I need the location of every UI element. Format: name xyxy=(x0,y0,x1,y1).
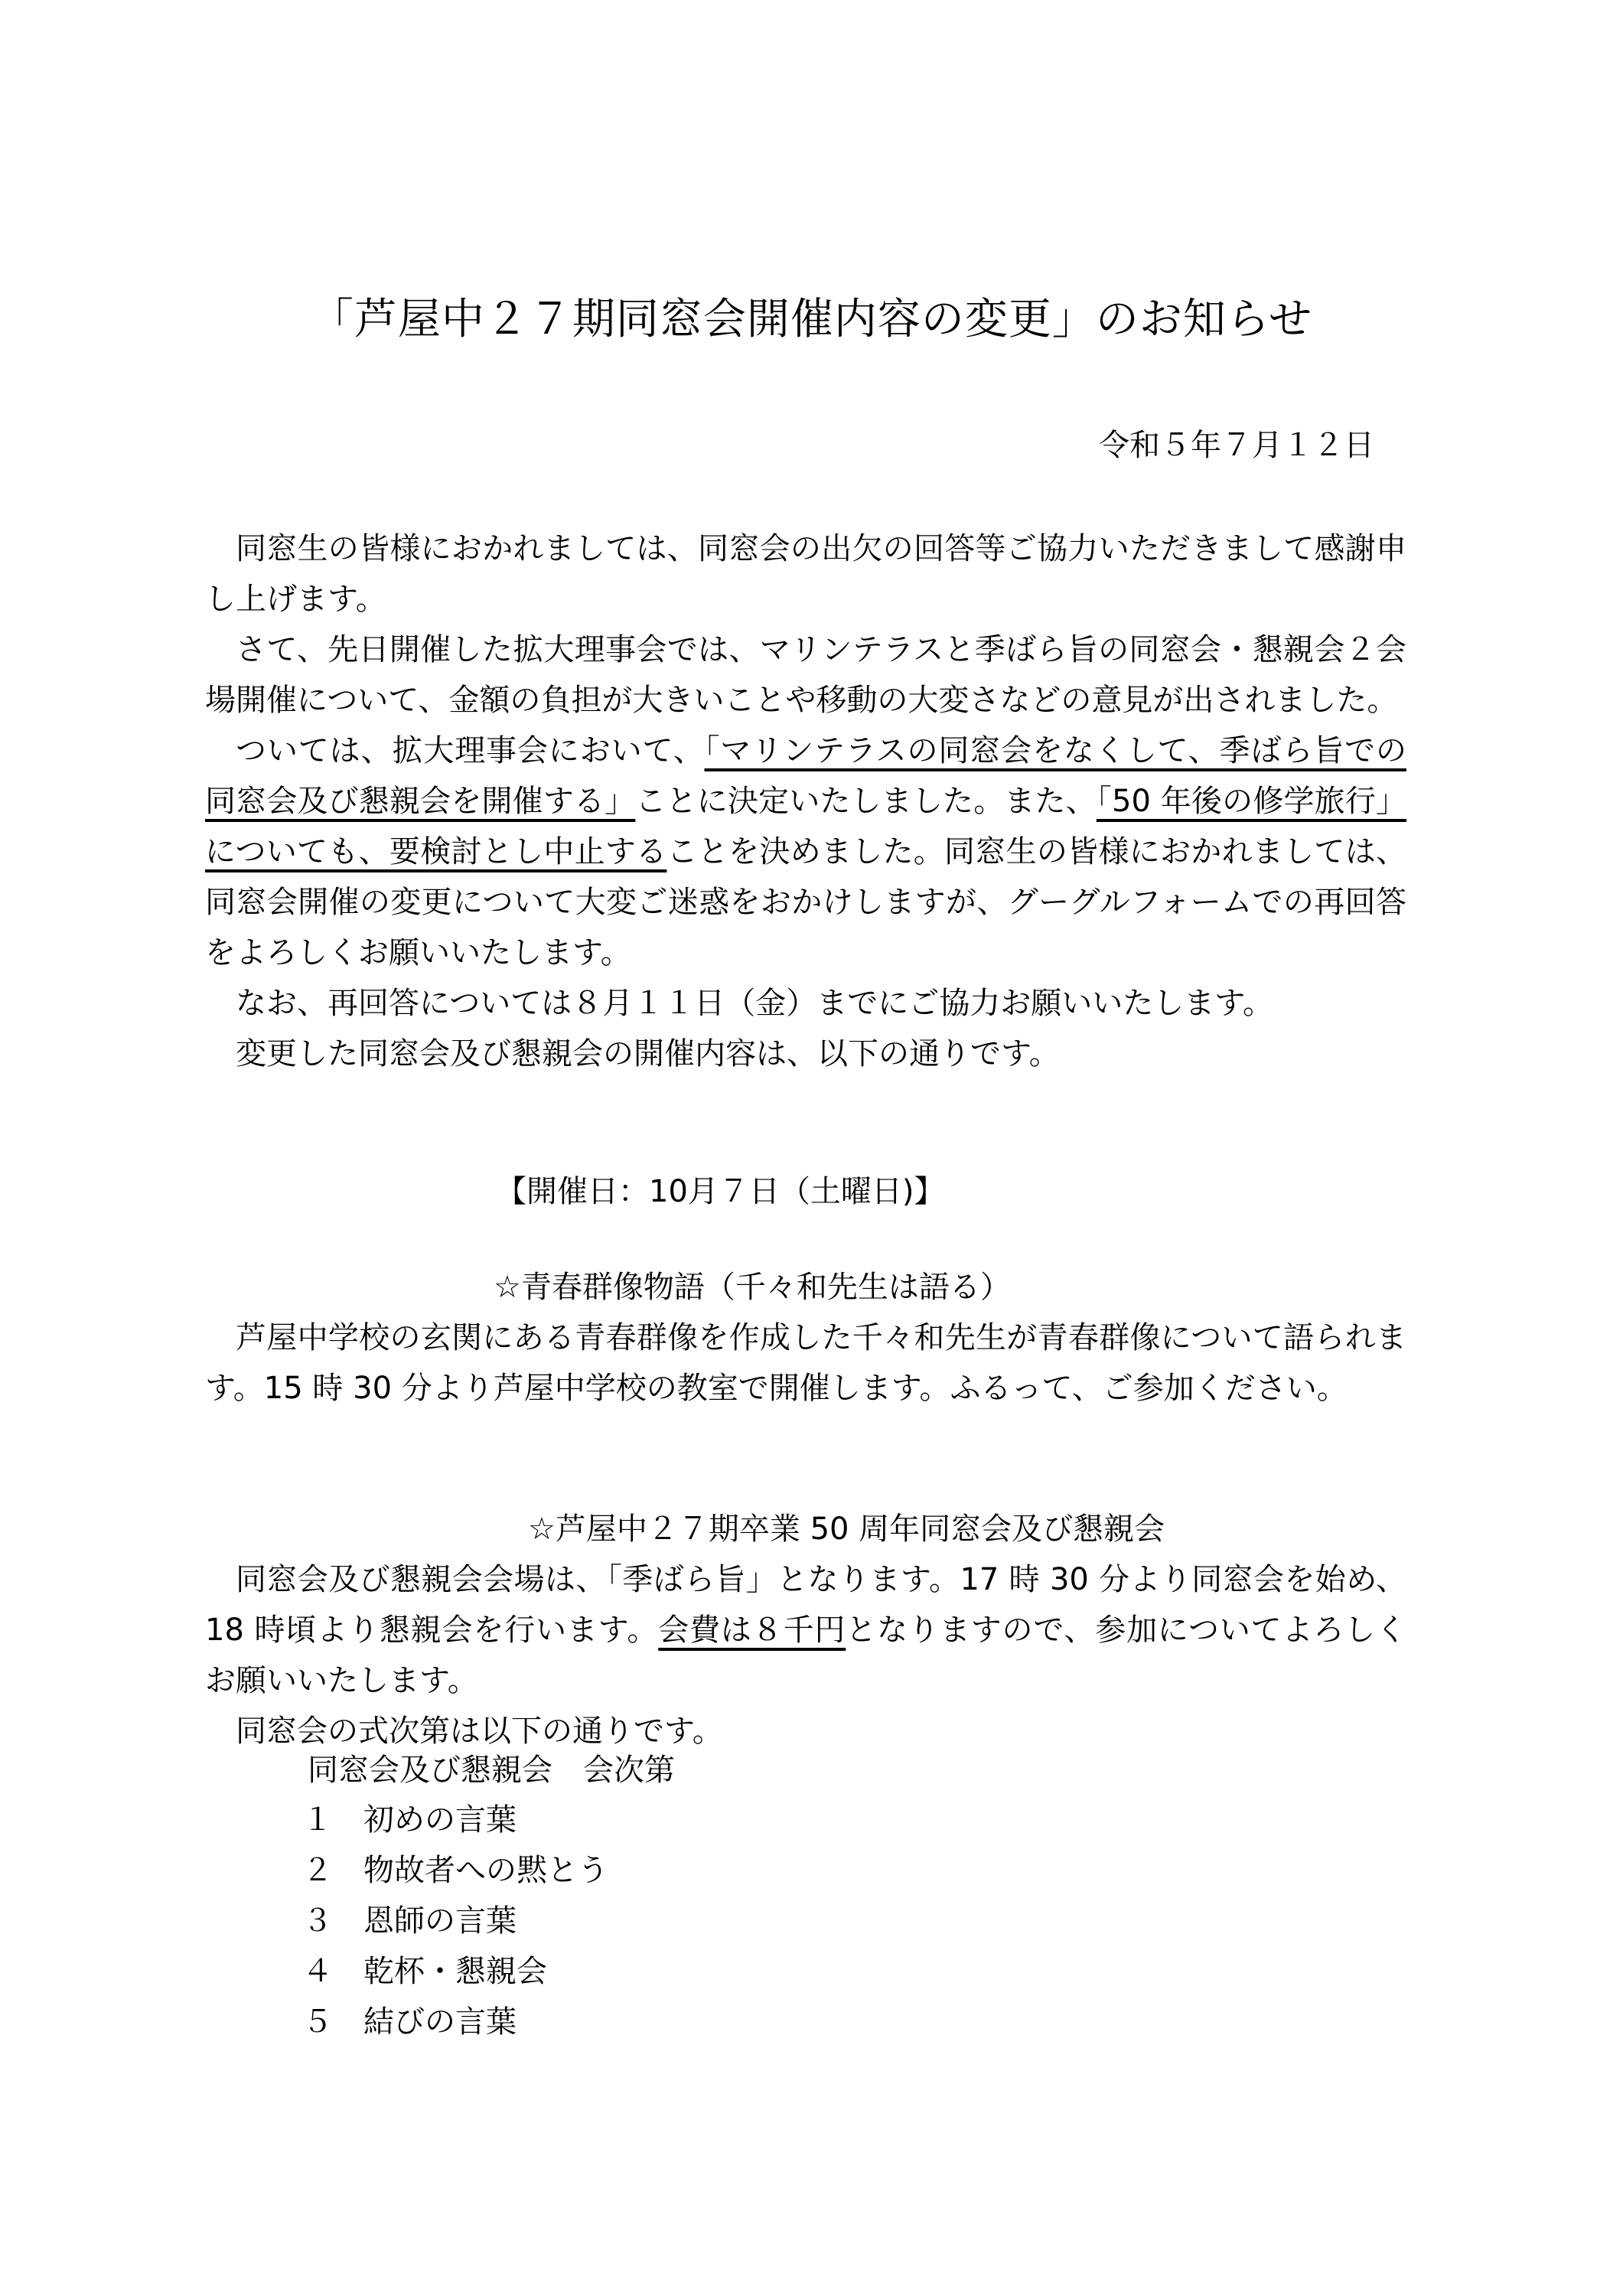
agenda-item-number: ２ xyxy=(302,1845,363,1896)
agenda-item: ２ 物故者への黙とう xyxy=(302,1845,608,1896)
agenda-item-label: 物故者への黙とう xyxy=(363,1845,608,1896)
agenda-item: ４ 乾杯・懇親会 xyxy=(302,1946,608,1997)
intro-paragraph-1: 同窓生の皆様におかれましては、同窓会の出欠の回答等ご協力いただきまして感謝申し上… xyxy=(205,523,1406,625)
section1-heading: ☆青春群像物語（千々和先生は語る） xyxy=(0,1264,1623,1310)
intro-p3-pre: ついては、拡大理事会において、 xyxy=(236,733,705,768)
event-date: 【開催日：10月７日（土曜日)】 xyxy=(0,1169,1623,1215)
agenda-item-number: ３ xyxy=(302,1896,363,1946)
intro-paragraph-3: ついては、拡大理事会において、「マリンテラスの同窓会をなくして、季ばら旨での同窓… xyxy=(205,726,1406,978)
section2-heading: ☆芦屋中２７期卒業 50 周年同窓会及び懇親会 xyxy=(0,1506,1623,1552)
agenda-item: ５ 結びの言葉 xyxy=(302,1997,608,2047)
agenda-item-label: 恩師の言葉 xyxy=(363,1896,517,1946)
section2-text: 同窓会及び懇親会会場は、「季ばら旨」となります。17 時 30 分より同窓会を始… xyxy=(205,1554,1406,1706)
agenda-item-label: 結びの言葉 xyxy=(363,1997,517,2047)
agenda-item-number: １ xyxy=(302,1795,363,1845)
agenda-list: １ 初めの言葉 ２ 物故者への黙とう ３ 恩師の言葉 ４ 乾杯・懇親会 ５ 結び… xyxy=(302,1795,608,2047)
agenda-item-number: ４ xyxy=(302,1946,363,1997)
section1-body: 芦屋中学校の玄関にある青春群像を作成した千々和先生が青春群像について語られます。… xyxy=(205,1313,1406,1414)
intro-paragraph-4: なお、再回答については８月１１日（金）までにご協力お願いいたします。 xyxy=(205,978,1406,1029)
section2-body: 同窓会及び懇親会会場は、「季ばら旨」となります。17 時 30 分より同窓会を始… xyxy=(205,1554,1406,1756)
document-date: 令和５年７月１２日 xyxy=(1099,422,1374,468)
document-title: 「芦屋中２７期同窓会開催内容の変更」のお知らせ xyxy=(0,289,1623,351)
agenda-title: 同窓会及び懇親会 会次第 xyxy=(0,1747,1623,1793)
underlined-fee: 会費は８千円 xyxy=(658,1613,846,1648)
document-page: 「芦屋中２７期同窓会開催内容の変更」のお知らせ 令和５年７月１２日 同窓生の皆様… xyxy=(0,0,1623,2296)
intro-section: 同窓生の皆様におかれましては、同窓会の出欠の回答等ご協力いただきまして感謝申し上… xyxy=(205,523,1406,1079)
intro-p3-mid: ことに決定いたしました。また、 xyxy=(635,784,1097,819)
agenda-item: ３ 恩師の言葉 xyxy=(302,1896,608,1946)
agenda-item-label: 初めの言葉 xyxy=(363,1795,517,1845)
intro-paragraph-2: さて、先日開催した拡大理事会では、マリンテラスと季ばら旨の同窓会・懇親会２会場開… xyxy=(205,625,1406,726)
agenda-item-number: ５ xyxy=(302,1997,363,2047)
intro-paragraph-5: 変更した同窓会及び懇親会の開催内容は、以下の通りです。 xyxy=(205,1029,1406,1079)
agenda-item-label: 乾杯・懇親会 xyxy=(363,1946,547,1997)
section1-text: 芦屋中学校の玄関にある青春群像を作成した千々和先生が青春群像について語られます。… xyxy=(205,1313,1406,1414)
agenda-item: １ 初めの言葉 xyxy=(302,1795,608,1845)
